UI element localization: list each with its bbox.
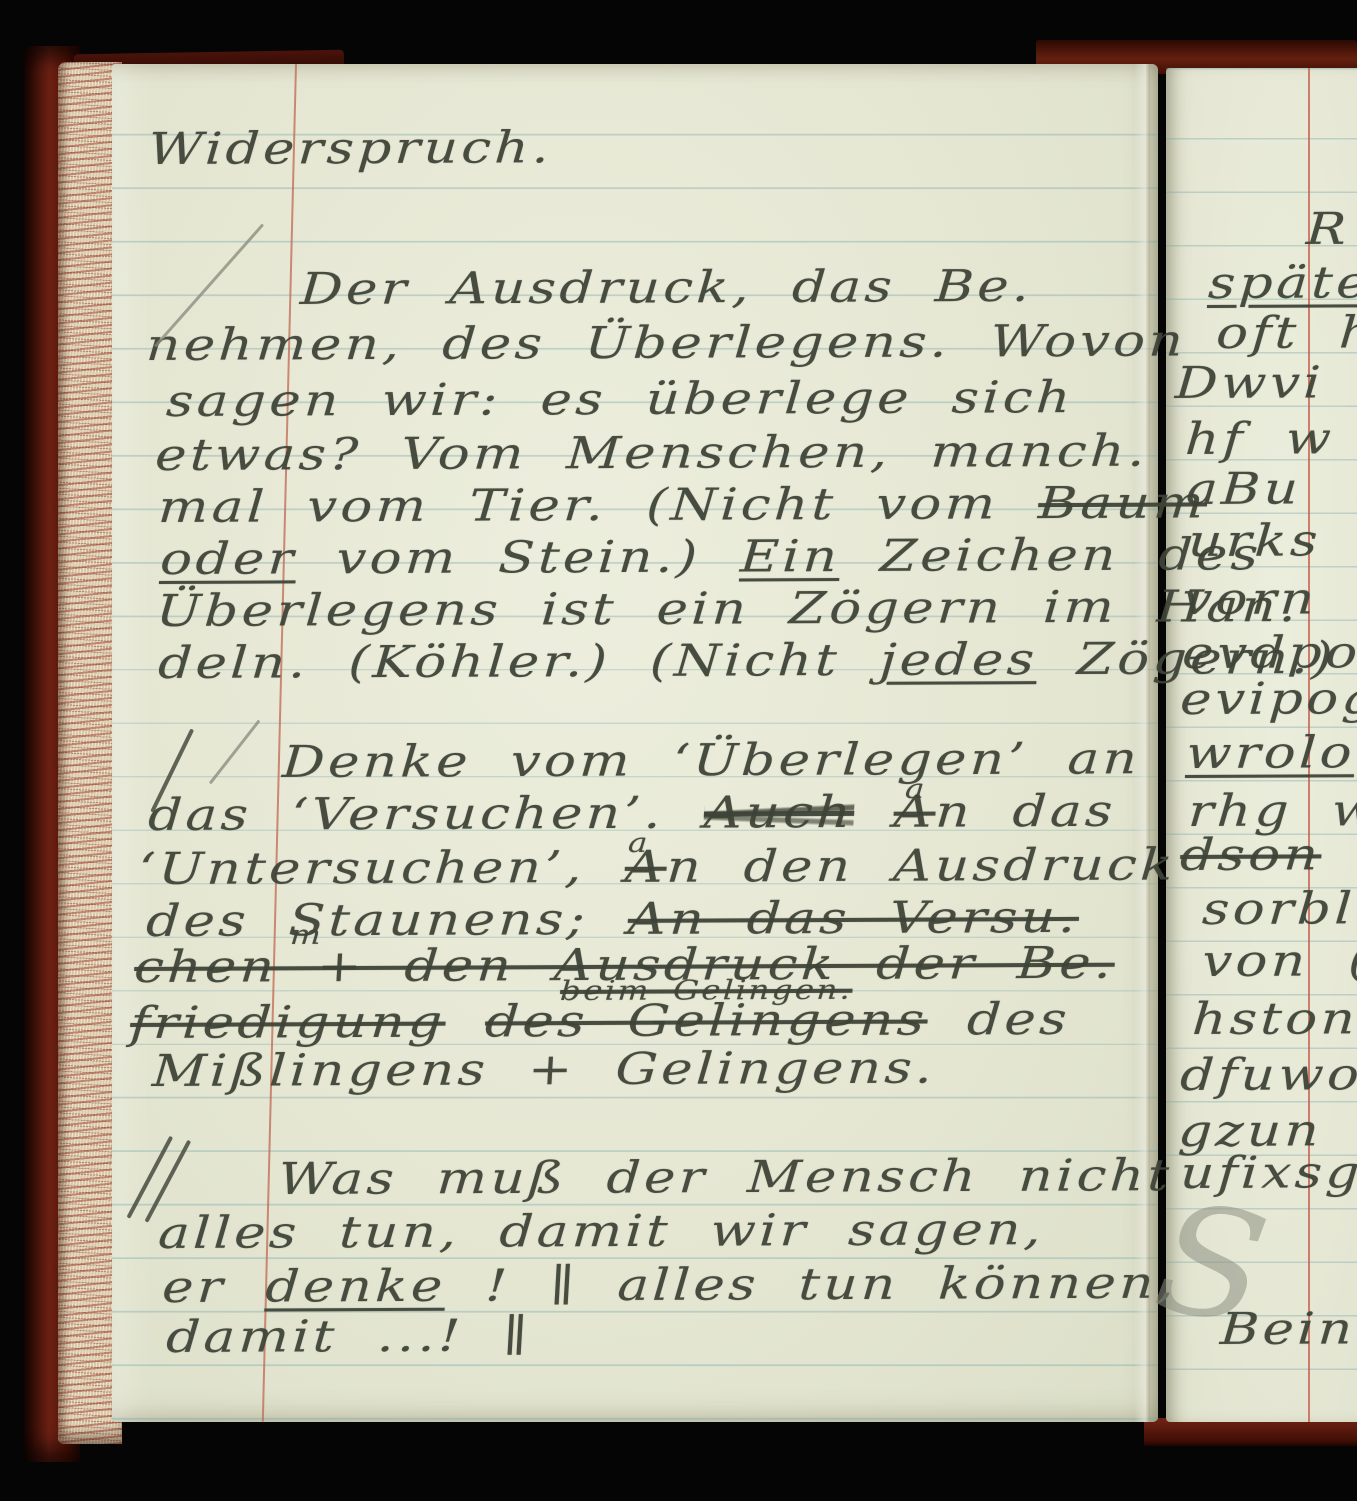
ruled-lines-right xyxy=(1166,68,1357,1422)
book-cover-bottom-right xyxy=(1144,1418,1357,1446)
red-margin-line-right xyxy=(1308,68,1310,1422)
right-page xyxy=(1166,68,1357,1422)
ruled-lines-left xyxy=(112,64,1158,1422)
manuscript-photo: Widerspruch.Der Ausdruck, das Be.nehmen,… xyxy=(0,0,1357,1501)
left-page xyxy=(112,64,1158,1422)
gutter-fold xyxy=(1134,64,1150,1422)
